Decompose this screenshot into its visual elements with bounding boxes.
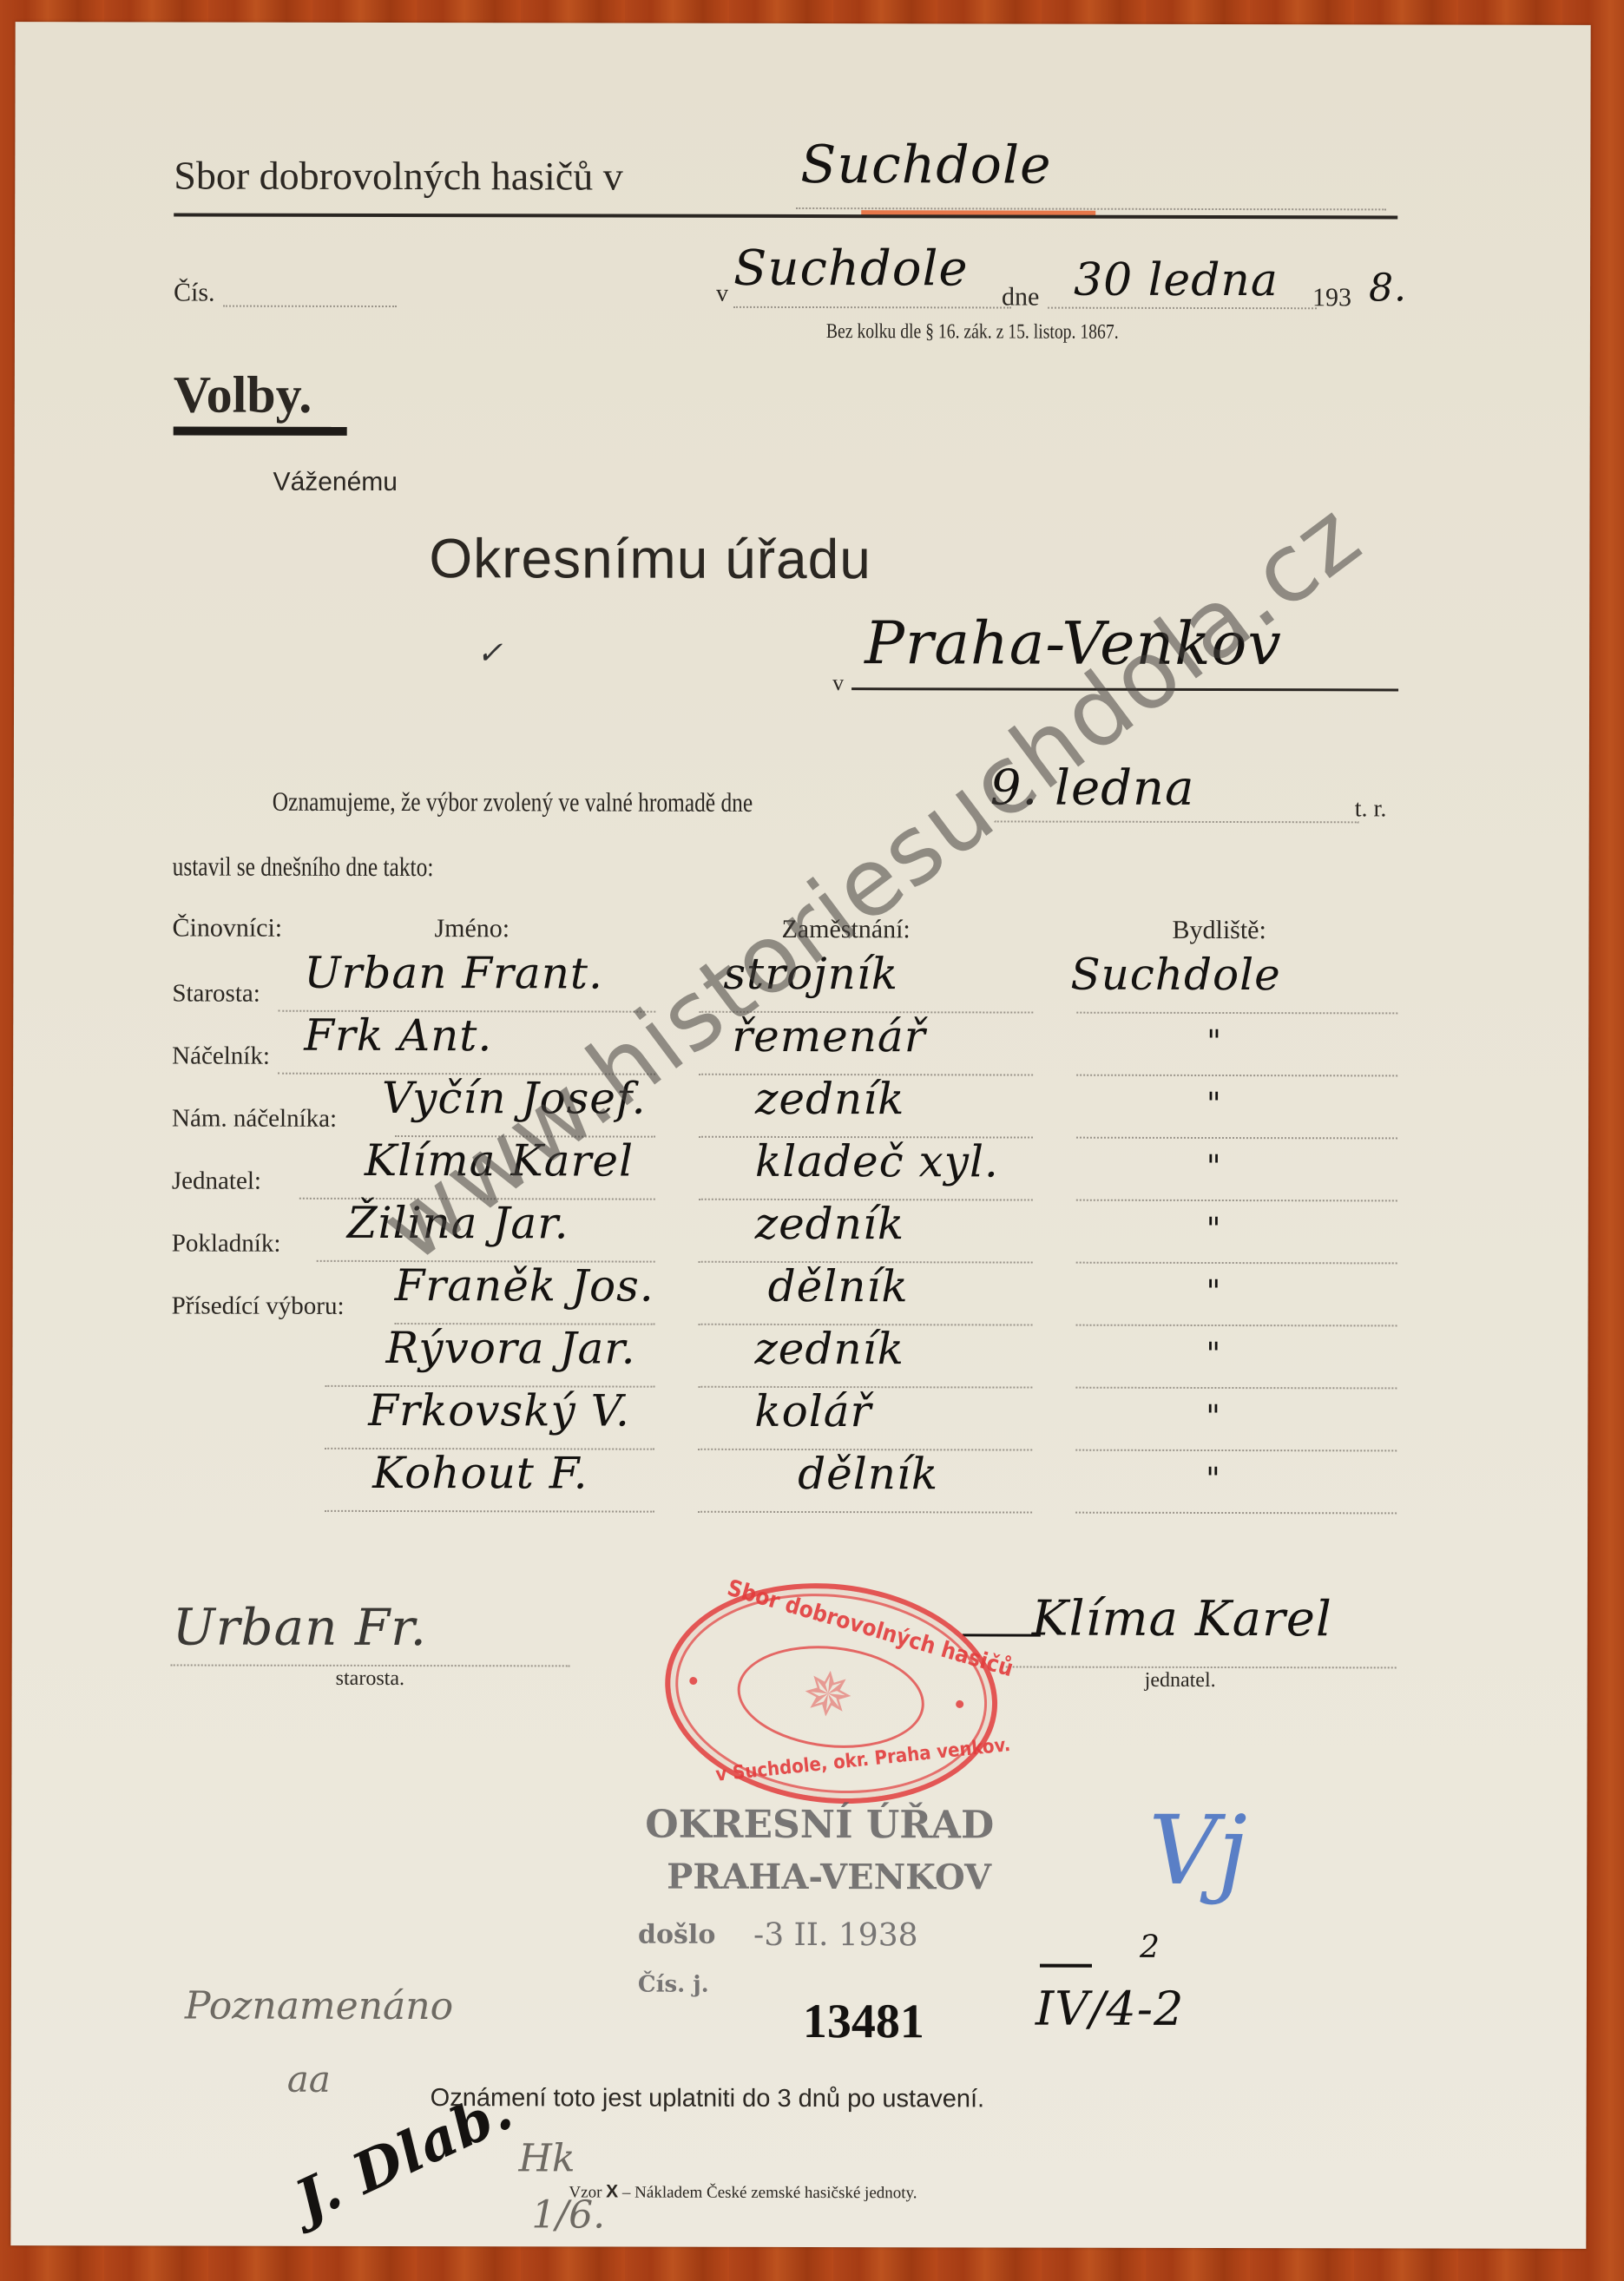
secretary-label: jednatel. <box>1145 1669 1216 1693</box>
year-prefix: 193 <box>1312 283 1351 312</box>
residence-cell: " <box>1206 1087 1222 1122</box>
occupation-cell: dělník <box>798 1449 938 1499</box>
chairman-label: starosta. <box>336 1667 404 1691</box>
number-label: Čís. <box>174 278 215 307</box>
tick-mark: ✓ <box>477 635 503 671</box>
form-publisher: – Nákladem České zemské hasičské jednoty… <box>622 2184 917 2203</box>
role-label: Náčelník: <box>172 1042 270 1070</box>
announcement-text: Oznamujeme, že výbor zvolený ve valné hr… <box>273 786 858 818</box>
row-dotted-line <box>1075 1449 1397 1452</box>
table-row: Frkovský V. kolář " <box>16 22 1591 25</box>
table-row: Kohout F. dělník " <box>16 22 1591 25</box>
blue-initials: Vj <box>1148 1795 1247 1906</box>
header-rule <box>174 213 1397 219</box>
table-row: Starosta: Urban Frant. strojník Suchdole <box>16 22 1591 25</box>
name-cell: Urban Frant. <box>304 948 603 999</box>
file-mark-superscript: 2 <box>1140 1929 1160 1965</box>
table-row: Nám. náčelníka: Vyčín Josef. zedník " <box>16 22 1591 25</box>
bottom-initials: Hk <box>518 2136 575 2180</box>
place-dotted-line <box>733 306 1011 309</box>
row-dotted-line <box>1076 1075 1397 1077</box>
date-handwritten: 30 ledna <box>1074 254 1279 306</box>
row-dotted-line <box>1076 1137 1397 1140</box>
stamp-duty-note: Bez kolku dle § 16. zák. z 15. listop. 1… <box>826 320 1183 345</box>
occupation-cell: zedník <box>755 1199 905 1249</box>
table-row: Jednatel: Klíma Karel kladeč xyl. " <box>16 22 1591 25</box>
organization-place: Suchdole <box>800 135 1051 196</box>
column-header-residence: Bydliště: <box>1172 916 1266 945</box>
row-dotted-line <box>698 1511 1032 1514</box>
office-name: Okresnímu úřadu <box>429 526 871 591</box>
table-row: Pokladník: Žilina Jar. zedník " <box>16 22 1591 25</box>
seal-inner-ring: ✵ <box>733 1637 930 1757</box>
received-date: -3 II. 1938 <box>753 1917 918 1953</box>
row-dotted-line <box>1076 1325 1397 1327</box>
residence-cell: " <box>1206 1024 1222 1060</box>
fire-brigade-seal: ✵ Sbor dobrovolných hasičů v Suchdole, o… <box>654 1567 1009 1820</box>
column-header-name: Jméno: <box>434 914 510 943</box>
place-prefix: v <box>716 280 728 308</box>
residence-cell: " <box>1206 1337 1221 1372</box>
role-label: Přísedící výboru: <box>172 1292 345 1320</box>
occupation-cell: dělník <box>768 1261 909 1311</box>
footer-notice: Oznámení toto jest uplatniti do 3 dnů po… <box>431 2084 984 2113</box>
pencil-aa: aa <box>287 2058 331 2100</box>
organization-prefix: Sbor dobrovolných hasičů v <box>174 153 623 198</box>
meeting-date-dotted-line <box>995 820 1359 823</box>
row-dotted-line <box>325 1510 654 1513</box>
salutation: Váženému <box>273 468 398 497</box>
name-cell: Frkovský V. <box>368 1385 630 1436</box>
table-row: Přísedící výboru: Franěk Jos. dělník " <box>16 22 1591 25</box>
announcement-suffix: t. r. <box>1355 795 1387 823</box>
form-number: X <box>606 2182 618 2202</box>
seal-dot-left <box>689 1677 698 1686</box>
seal-dot-right <box>956 1699 964 1708</box>
residence-cell: " <box>1206 1399 1221 1435</box>
ref-number: 13481 <box>803 1994 924 2049</box>
received-label: došlo <box>638 1920 715 1950</box>
second-line: ustavil se dnešního dne takto: <box>173 851 491 883</box>
role-label: Jednatel: <box>172 1167 261 1195</box>
column-header-officers: Činovníci: <box>172 913 282 943</box>
name-cell: Frk Ant. <box>304 1010 492 1061</box>
table-row: Rývora Jar. zedník " <box>16 22 1591 25</box>
secretary-signature: Klíma Karel <box>1032 1591 1332 1648</box>
row-dotted-line <box>1076 1012 1397 1015</box>
file-mark-overline <box>1040 1964 1092 1968</box>
row-dotted-line <box>1076 1200 1397 1202</box>
date-label: dne <box>1002 282 1039 312</box>
date-dotted-line <box>1048 307 1317 310</box>
office-stamp-line1: OKRESNÍ ÚŘAD <box>645 1803 994 1848</box>
secretary-signature-stroke <box>963 1634 1041 1636</box>
residence-cell: " <box>1206 1149 1222 1185</box>
role-label: Nám. náčelníka: <box>172 1104 337 1133</box>
role-label: Starosta: <box>172 979 260 1008</box>
fire-emblem-icon: ✵ <box>799 1657 857 1733</box>
name-cell: Kohout F. <box>372 1448 588 1499</box>
row-dotted-line <box>1075 1512 1397 1515</box>
residence-cell: " <box>1206 1462 1221 1497</box>
row-dotted-line <box>1075 1387 1397 1390</box>
row-dotted-line <box>1076 1262 1397 1265</box>
occupation-cell: zedník <box>754 1324 904 1374</box>
officers-table: Starosta: Urban Frant. strojník Suchdole… <box>16 22 1591 25</box>
chairman-signature: Urban Fr. <box>173 1597 427 1657</box>
office-stamp-line2: PRAHA-VENKOV <box>667 1857 991 1898</box>
year-handwritten: 8. <box>1369 266 1407 310</box>
ref-label: Čís. j. <box>638 1972 709 1998</box>
occupation-cell: kladeč xyl. <box>755 1136 999 1187</box>
document-sheet: Sbor dobrovolných hasičů v Suchdole Čís.… <box>10 22 1590 2249</box>
place-handwritten: Suchdole <box>733 240 969 298</box>
file-mark: IV/4-2 <box>1036 1982 1185 2036</box>
residence-cell: Suchdole <box>1070 950 1280 1001</box>
title-underline <box>174 426 347 435</box>
occupation-cell: zedník <box>755 1074 905 1124</box>
form-prefix: Vzor <box>569 2183 602 2201</box>
pencil-note: Poznamenáno <box>185 1984 453 2029</box>
number-dotted-line <box>223 306 397 307</box>
document-title: Volby. <box>174 365 312 424</box>
role-label: Pokladník: <box>172 1229 281 1258</box>
organization-heading: Sbor dobrovolných hasičů v <box>174 152 623 199</box>
office-place-prefix: v <box>832 670 844 696</box>
name-cell: Rývora Jar. <box>385 1323 635 1374</box>
residence-cell: " <box>1206 1212 1222 1247</box>
form-line: Vzor X – Nákladem České zemské hasičské … <box>569 2181 917 2203</box>
occupation-cell: kolář <box>754 1386 871 1436</box>
table-row: Náčelník: Frk Ant. řemenář " <box>16 22 1591 25</box>
residence-cell: " <box>1206 1274 1222 1310</box>
